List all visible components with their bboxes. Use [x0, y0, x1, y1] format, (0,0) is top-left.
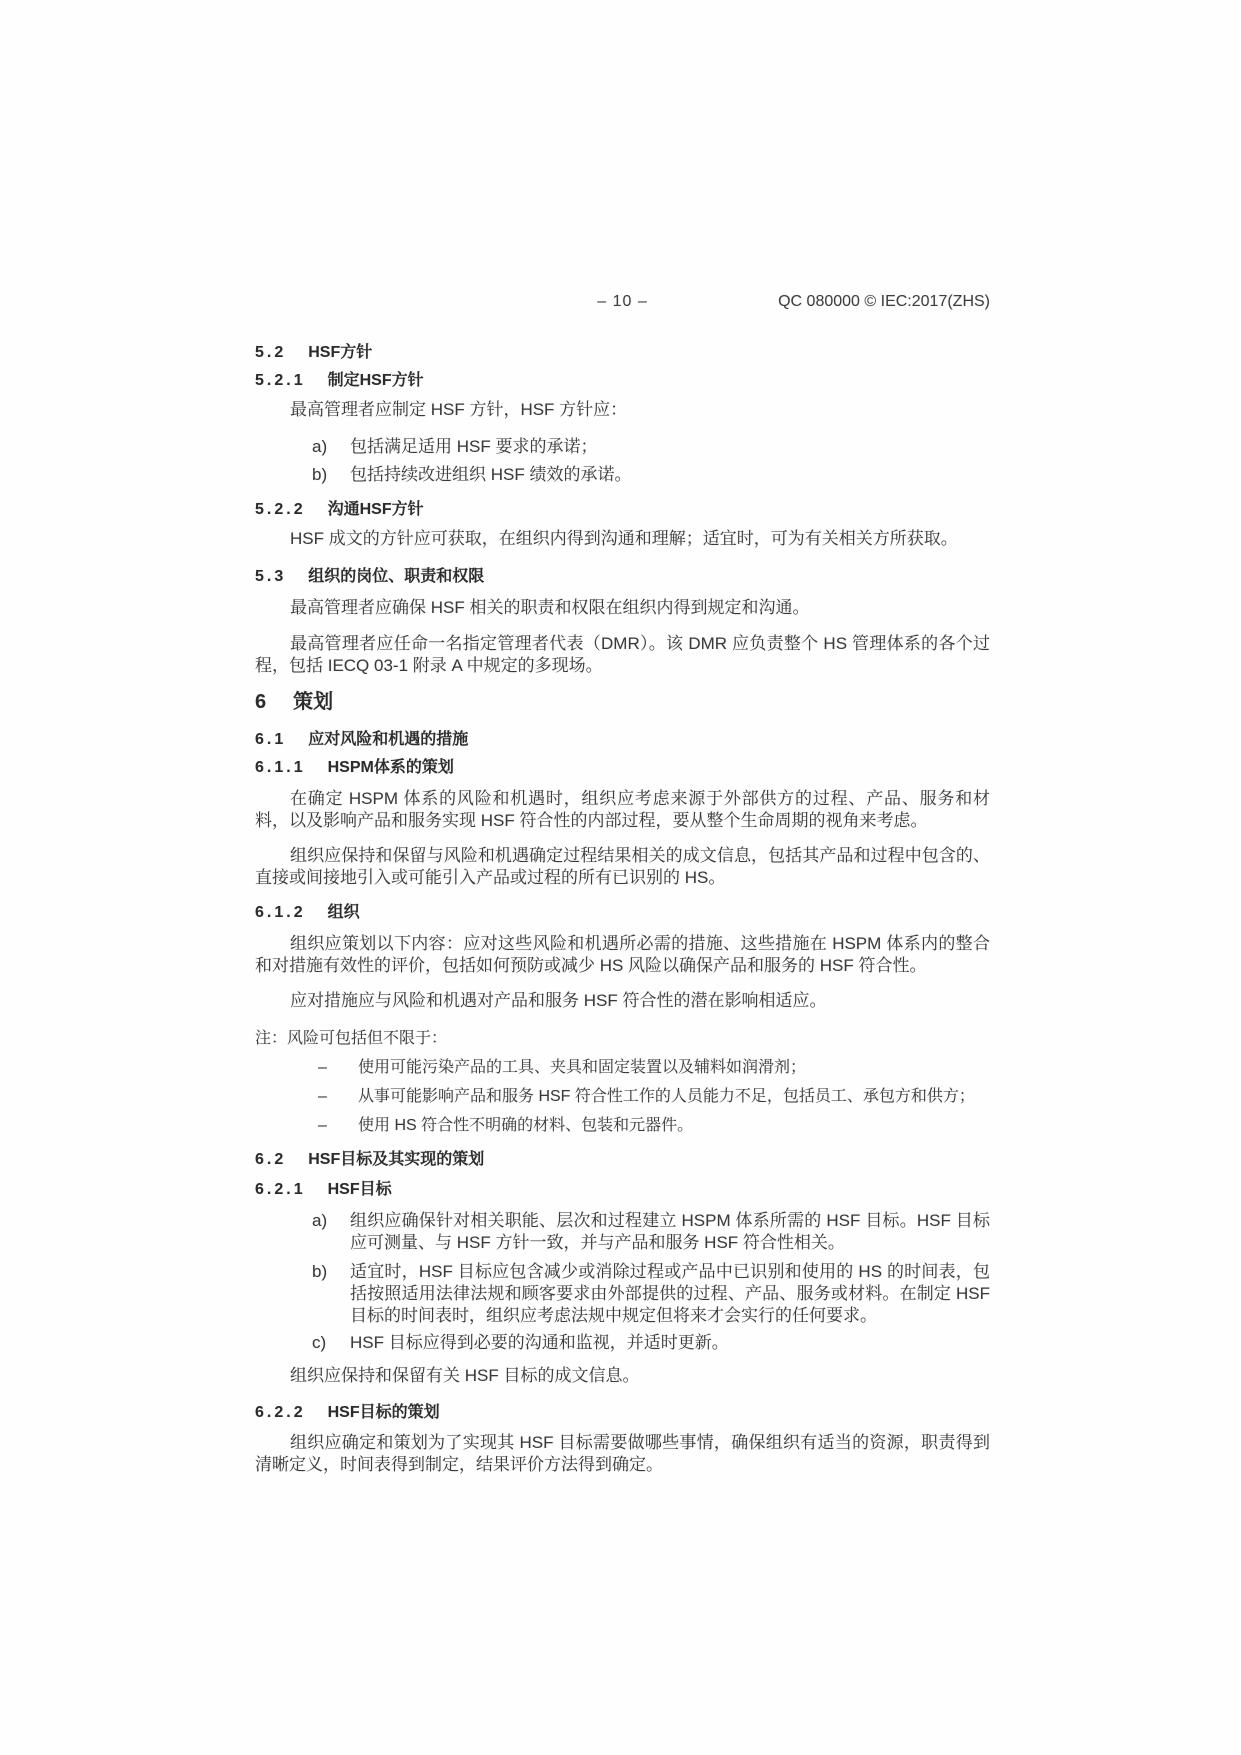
- page-header: – 10 – QC 080000 © IEC:2017(ZHS): [255, 293, 990, 311]
- section-number: 6.1.1: [255, 759, 306, 776]
- note-list-item: –使用可能污染产品的工具、夹具和固定装置以及辅料如润滑剂；: [255, 1057, 990, 1078]
- list-marker: a): [312, 436, 327, 458]
- note-list-item: –使用 HS 符合性不明确的材料、包装和元器件。: [255, 1115, 990, 1136]
- list-item-text: 适宜时，HSF 目标应包含减少或消除过程或产品中已识别和使用的 HS 的时间表，…: [350, 1262, 990, 1325]
- section-title: HSF目标: [328, 1181, 392, 1198]
- section-heading-5-2-1: 5.2.1制定HSF方针: [255, 371, 990, 391]
- section-number: 5.2.2: [255, 501, 306, 518]
- list-item-text: 从事可能影响产品和服务 HSF 符合性工作的人员能力不足，包括员工、承包方和供方…: [358, 1088, 975, 1105]
- doc-reference: QC 080000 © IEC:2017(ZHS): [778, 293, 990, 311]
- list-item-text: 包括满足适用 HSF 要求的承诺；: [350, 437, 597, 456]
- section-heading-5-2-2: 5.2.2沟通HSF方针: [255, 500, 990, 520]
- clause-number: 6: [255, 691, 269, 713]
- note-list-item: –从事可能影响产品和服务 HSF 符合性工作的人员能力不足，包括员工、承包方和供…: [255, 1086, 990, 1107]
- list-item: c)HSF 目标应得到必要的沟通和监视，并适时更新。: [255, 1332, 990, 1354]
- section-heading-6-2-1: 6.2.1HSF目标: [255, 1180, 990, 1200]
- document-page: – 10 – QC 080000 © IEC:2017(ZHS) 5.2HSF方…: [0, 0, 1241, 1755]
- list-item-text: 组织应确保针对相关职能、层次和过程建立 HSPM 体系所需的 HSF 目标。HS…: [350, 1211, 990, 1252]
- section-title: HSF方针: [308, 344, 372, 361]
- section-heading-6-2: 6.2HSF目标及其实现的策划: [255, 1150, 990, 1170]
- paragraph: 组织应策划以下内容：应对这些风险和机遇所必需的措施、这些措施在 HSPM 体系内…: [255, 933, 990, 977]
- section-heading-6-1-2: 6.1.2组织: [255, 903, 990, 923]
- section-title: 制定HSF方针: [328, 372, 424, 389]
- list-item: a)组织应确保针对相关职能、层次和过程建立 HSPM 体系所需的 HSF 目标。…: [255, 1210, 990, 1254]
- section-number: 5.2: [255, 344, 286, 361]
- paragraph: 最高管理者应任命一名指定管理者代表（DMR）。该 DMR 应负责整个 HS 管理…: [255, 633, 990, 677]
- paragraph: 在确定 HSPM 体系的风险和机遇时，组织应考虑来源于外部供方的过程、产品、服务…: [255, 788, 990, 832]
- page-number: – 10 –: [597, 293, 647, 311]
- paragraph: 组织应保持和保留有关 HSF 目标的成文信息。: [255, 1365, 990, 1387]
- clause-heading-6: 6策划: [255, 689, 990, 715]
- paragraph: 组织应保持和保留与风险和机遇确定过程结果相关的成文信息，包括其产品和过程中包含的…: [255, 845, 990, 889]
- paragraph: 最高管理者应确保 HSF 相关的职责和权限在组织内得到规定和沟通。: [255, 597, 990, 619]
- section-number: 5.3: [255, 568, 286, 585]
- note-paragraph: 注：风险可包括但不限于：: [255, 1028, 990, 1049]
- list-item-text: 使用 HS 符合性不明确的材料、包装和元器件。: [358, 1117, 693, 1134]
- section-title: 应对风险和机遇的措施: [308, 731, 468, 748]
- list-marker: c): [312, 1332, 326, 1354]
- paragraph: 组织应确定和策划为了实现其 HSF 目标需要做哪些事情，确保组织有适当的资源，职…: [255, 1432, 990, 1476]
- dash-marker: –: [318, 1057, 327, 1078]
- list-item-text: 使用可能污染产品的工具、夹具和固定装置以及辅料如润滑剂；: [358, 1059, 806, 1076]
- section-number: 5.2.1: [255, 372, 306, 389]
- section-heading-6-2-2: 6.2.2HSF目标的策划: [255, 1403, 990, 1423]
- page-content: – 10 – QC 080000 © IEC:2017(ZHS) 5.2HSF方…: [255, 293, 990, 1476]
- paragraph: HSF 成文的方针应可获取，在组织内得到沟通和理解；适宜时，可为有关相关方所获取…: [255, 528, 990, 550]
- list-item: b)包括持续改进组织 HSF 绩效的承诺。: [255, 464, 990, 486]
- clause-title: 策划: [293, 691, 333, 713]
- paragraph: 应对措施应与风险和机遇对产品和服务 HSF 符合性的潜在影响相适应。: [255, 990, 990, 1012]
- section-heading-5-3: 5.3组织的岗位、职责和权限: [255, 567, 990, 587]
- dash-marker: –: [318, 1115, 327, 1136]
- list-item-text: HSF 目标应得到必要的沟通和监视，并适时更新。: [350, 1333, 729, 1352]
- section-number: 6.2: [255, 1151, 286, 1168]
- paragraph: 最高管理者应制定 HSF 方针，HSF 方针应：: [255, 399, 990, 421]
- list-item: a)包括满足适用 HSF 要求的承诺；: [255, 436, 990, 458]
- section-heading-6-1: 6.1应对风险和机遇的措施: [255, 730, 990, 750]
- section-heading-5-2: 5.2HSF方针: [255, 343, 990, 363]
- list-item: b)适宜时，HSF 目标应包含减少或消除过程或产品中已识别和使用的 HS 的时间…: [255, 1261, 990, 1327]
- list-marker: a): [312, 1210, 327, 1232]
- list-marker: b): [312, 464, 327, 486]
- section-title: 组织的岗位、职责和权限: [308, 568, 484, 585]
- section-number: 6.2.1: [255, 1181, 306, 1198]
- section-title: HSPM体系的策划: [328, 759, 454, 776]
- section-title: HSF目标的策划: [328, 1404, 440, 1421]
- section-title: 组织: [328, 904, 360, 921]
- section-title: 沟通HSF方针: [328, 501, 424, 518]
- list-marker: b): [312, 1261, 327, 1283]
- list-item-text: 包括持续改进组织 HSF 绩效的承诺。: [350, 465, 631, 484]
- dash-marker: –: [318, 1086, 327, 1107]
- section-heading-6-1-1: 6.1.1HSPM体系的策划: [255, 758, 990, 778]
- section-title: HSF目标及其实现的策划: [308, 1151, 484, 1168]
- section-number: 6.1: [255, 731, 286, 748]
- section-number: 6.2.2: [255, 1404, 306, 1421]
- section-number: 6.1.2: [255, 904, 306, 921]
